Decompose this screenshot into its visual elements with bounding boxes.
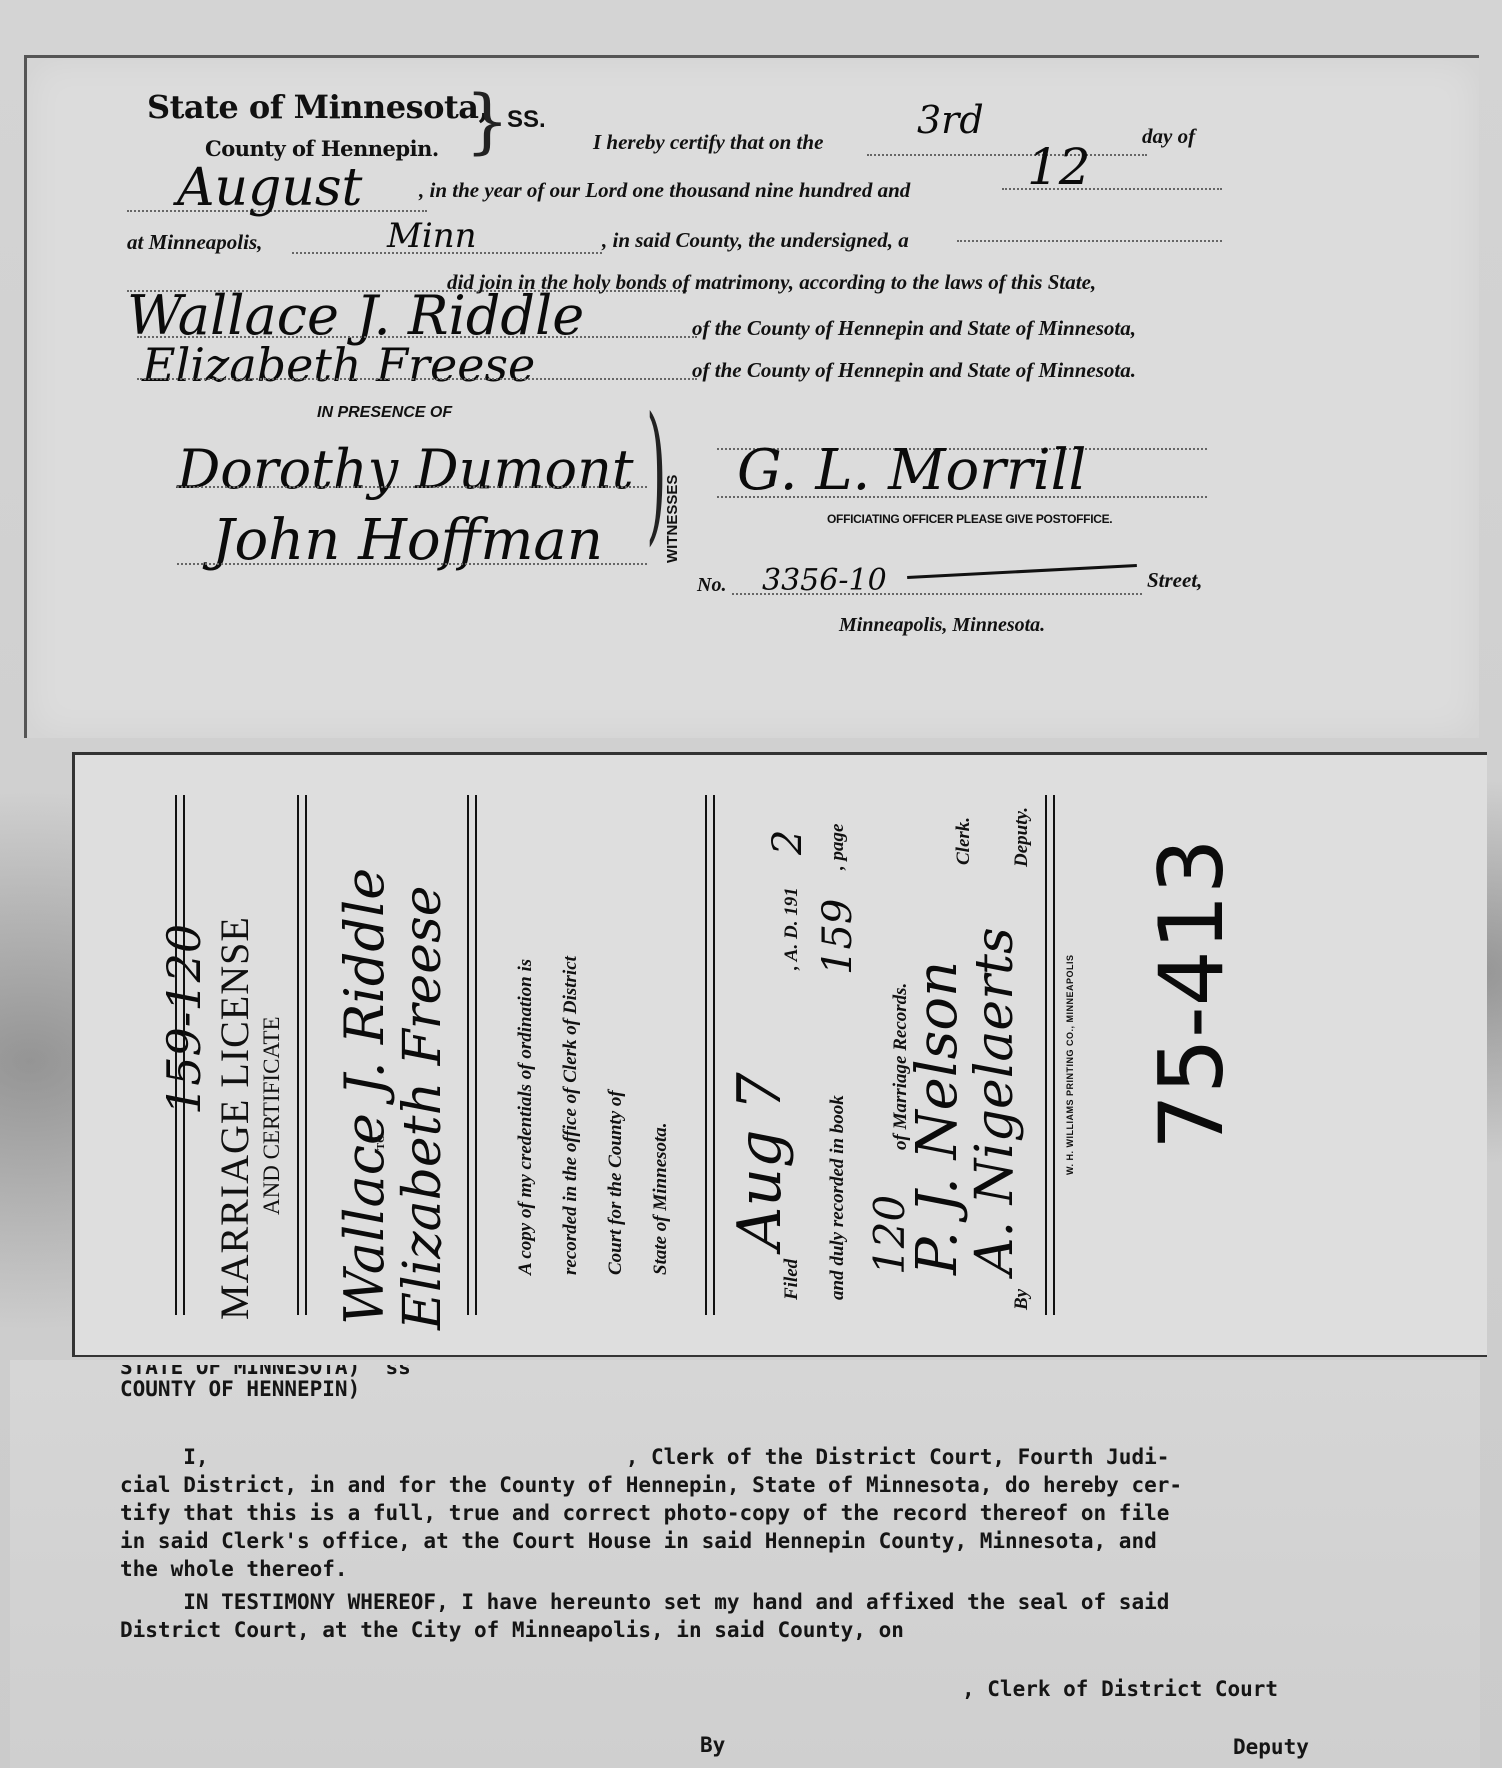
license-subtitle: AND CERTIFICATE	[259, 1016, 285, 1215]
attestation-line-4: in said Clerk's office, at the Court Hou…	[120, 1529, 1157, 1553]
certify-text: I hereby certify that on the	[593, 130, 823, 155]
marriage-certificate-form: State of Minnesota, County of Hennepin. …	[24, 55, 1479, 738]
day-field: 3rd	[917, 98, 984, 142]
ordination-line-4: State of Minnesota.	[650, 1122, 672, 1275]
brace-icon: }	[465, 86, 510, 156]
license-groom-name: Wallace J. Riddle	[333, 868, 396, 1325]
double-rule	[467, 795, 477, 1315]
attestation-line-2: cial District, in and for the County of …	[120, 1473, 1182, 1497]
officiant-title-field: Minn	[387, 216, 476, 256]
clerk-of-court-line: , Clerk of District Court	[962, 1677, 1278, 1701]
presence-label: IN PRESENCE OF	[317, 404, 452, 422]
double-rule	[297, 795, 307, 1315]
place-label: at Minneapolis,	[127, 230, 262, 255]
undersigned-text: , in said County, the undersigned, a	[602, 228, 909, 253]
ad-label: , A. D. 191	[781, 887, 803, 970]
attestation-by-label: By	[700, 1733, 725, 1757]
ad-year-field: 2	[765, 830, 811, 855]
witness-1-line	[177, 486, 647, 488]
attestation-deputy-label: Deputy	[1233, 1735, 1309, 1759]
license-bride-name: Elizabeth Freese	[393, 885, 453, 1330]
attestation-line-7: District Court, at the City of Minneapol…	[120, 1618, 904, 1642]
attestation-line-1: I, , Clerk of the District Court, Fourth…	[120, 1445, 1169, 1469]
officiant-signature: G. L. Morrill	[737, 438, 1086, 503]
bride-field-line	[137, 378, 697, 380]
street-field: 3356-10	[762, 563, 887, 598]
year-field: 12	[1027, 138, 1091, 196]
printer-credit: W. H. WILLIAMS PRINTING CO., MINNEAPOLIS	[1065, 955, 1075, 1176]
month-field: August	[177, 158, 362, 218]
book-label: and duly recorded in book	[827, 1095, 849, 1300]
double-rule	[705, 795, 715, 1315]
ordination-line-1: A copy of my credentials of ordination i…	[515, 959, 537, 1275]
officiant-title-line-2	[957, 240, 1222, 242]
attestation-header-county: COUNTY OF HENNEPIN)	[120, 1377, 360, 1401]
clerk-label: Clerk.	[953, 817, 975, 865]
to-label: TO	[375, 1134, 387, 1150]
deputy-label: Deputy.	[1011, 807, 1033, 867]
ordination-line-3: Court for the County of	[605, 1090, 627, 1275]
day-of-text: day of	[1142, 124, 1195, 149]
marriage-license-card: 159-120 MARRIAGE LICENSE AND CERTIFICATE…	[72, 752, 1487, 1357]
by-label: By	[1011, 1289, 1033, 1310]
state-heading: State of Minnesota,	[147, 88, 489, 126]
double-rule	[175, 795, 185, 1315]
file-number: 75-413	[1140, 838, 1243, 1150]
ordination-line-2: recorded in the office of Clerk of Distr…	[560, 956, 582, 1275]
groom-residence-text: of the County of Hennepin and State of M…	[692, 316, 1136, 341]
filed-date-field: Aug 7	[725, 1072, 795, 1250]
page-label: , page	[827, 824, 849, 870]
ss-label: SS.	[507, 106, 546, 134]
attestation-line-5: the whole thereof.	[120, 1557, 348, 1581]
bride-residence-text: of the County of Hennepin and State of M…	[692, 358, 1136, 383]
witness-2-line	[177, 563, 647, 565]
street-label: Street,	[1147, 568, 1202, 593]
filed-label: Filed	[781, 1259, 803, 1300]
city-line: Minneapolis, Minnesota.	[839, 614, 1045, 637]
attestation-line-3: tify that this is a full, true and corre…	[120, 1501, 1169, 1525]
witness-1-field: Dorothy Dumont	[177, 438, 634, 501]
witnesses-label: WITNESSES	[664, 475, 681, 563]
attestation-line-6: IN TESTIMONY WHEREOF, I have hereunto se…	[120, 1590, 1169, 1614]
year-of-lord-text: , in the year of our Lord one thousand n…	[419, 178, 910, 203]
no-label: No.	[697, 574, 726, 597]
bride-name-field: Elizabeth Freese	[142, 338, 535, 392]
book-field: 159	[815, 899, 861, 975]
strikethrough-mark	[907, 564, 1137, 579]
license-title: MARRIAGE LICENSE	[211, 916, 258, 1320]
double-rule	[1045, 795, 1055, 1315]
deputy-signature: A. Nigelaerts	[965, 927, 1025, 1275]
day-field-line	[867, 154, 1147, 156]
clerk-signature: P. J. Nelson	[905, 961, 970, 1275]
officiant-note: OFFICIATING OFFICER PLEASE GIVE POSTOFFI…	[827, 512, 1112, 526]
